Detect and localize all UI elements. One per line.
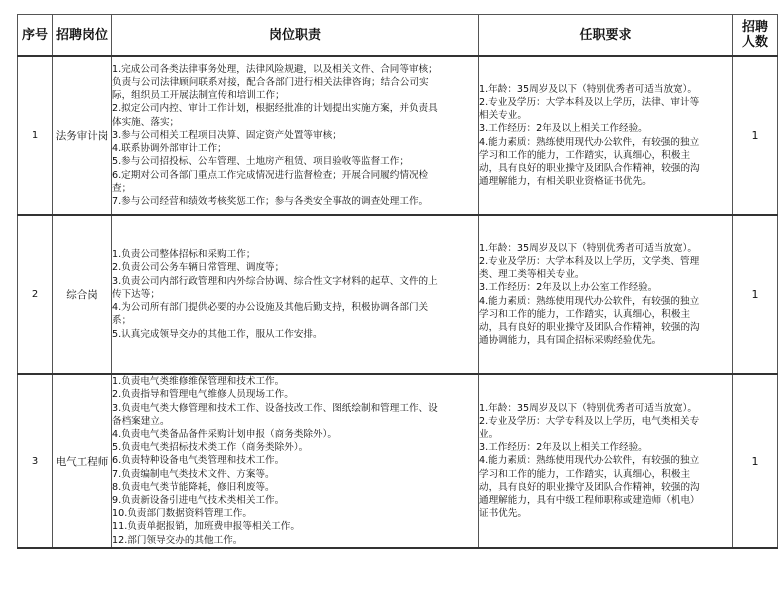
row-no: 3 [18, 374, 53, 548]
row-no: 1 [18, 56, 53, 215]
text-line: 1.年龄：35周岁及以下（特别优秀者可适当放宽）。 [479, 242, 732, 255]
text-line: 通理解能力，有相关职业资格证书优先。 [479, 175, 732, 188]
text-line: 7.参与公司经营和绩效考核奖惩工作；参与各类安全事故的调查处理工作。 [112, 195, 478, 208]
text-line: 2.专业及学历：大学本科及以上学历，法律、审计等 [479, 96, 732, 109]
table-row: 3 电气工程师 1.负责电气类维修维保管理和技术工作。2.负责指导和管理电气维修… [18, 374, 778, 548]
text-line: 学习和工作的能力，工作踏实，认真细心，积极主 [479, 149, 732, 162]
header-row: 序号 招聘岗位 岗位职责 任职要求 招聘 人数 [18, 15, 778, 57]
text-line: 6.负责特种设备电气类管理和技术工作。 [112, 454, 478, 467]
text-line: 2.负责公司公务车辆日常管理、调度等； [112, 261, 478, 274]
text-line: 传下达等； [112, 288, 478, 301]
row-requirements: 1.年龄：35周岁及以下（特别优秀者可适当放宽）。2.专业及学历：大学专科及以上… [479, 374, 733, 548]
text-line: 7.负责编制电气类技术文件、方案等。 [112, 468, 478, 481]
row-duties: 1.完成公司各类法律事务处理，法律风险规避，以及相关文件、合同等审核；负责与公司… [112, 56, 479, 215]
row-position: 综合岗 [53, 215, 112, 374]
recruitment-table: 序号 招聘岗位 岗位职责 任职要求 招聘 人数 1 法务审计岗 1.完成公司各类… [17, 14, 778, 549]
text-line: 3.负责公司内部行政管理和内外综合协调、综合性文字材料的起草、文件的上 [112, 275, 478, 288]
text-line: 1.负责公司整体招标和采购工作； [112, 248, 478, 261]
text-line: 备档案建立。 [112, 415, 478, 428]
text-line: 11.负责单据报销，加班费申报等相关工作。 [112, 520, 478, 533]
text-line: 业。 [479, 428, 732, 441]
text-line: 1.完成公司各类法律事务处理，法律风险规避，以及相关文件、合同等审核； [112, 63, 478, 76]
text-line: 际，组织员工开展法制宣传和培训工作； [112, 89, 478, 102]
text-line: 2.专业及学历：大学本科及以上学历，文学类、管理 [479, 255, 732, 268]
text-line: 1.负责电气类维修维保管理和技术工作。 [112, 375, 478, 388]
row-position: 电气工程师 [53, 374, 112, 548]
table-row: 1 法务审计岗 1.完成公司各类法律事务处理，法律风险规避，以及相关文件、合同等… [18, 56, 778, 215]
row-count: 1 [733, 56, 778, 215]
text-line: 10.负责部门数据资料管理工作。 [112, 507, 478, 520]
text-line: 3.参与公司相关工程项目决算、固定资产处置等审核； [112, 129, 478, 142]
text-line: 动，具有良好的职业操守及团队合作精神，较强的沟 [479, 162, 732, 175]
text-line: 2.专业及学历：大学专科及以上学历，电气类相关专 [479, 415, 732, 428]
text-line: 学习和工作的能力，工作踏实，认真细心，积极主 [479, 468, 732, 481]
text-line: 3.工作经历：2年及以上办公室工作经验。 [479, 281, 732, 294]
text-line: 3.负责电气类大修管理和技术工作、设备技改工作、图纸绘制和管理工作、设 [112, 402, 478, 415]
text-line: 查； [112, 182, 478, 195]
text-line: 4.为公司所有部门提供必要的办公设施及其他后勤支持，积极协调各部门关 [112, 301, 478, 314]
table-row: 2 综合岗 1.负责公司整体招标和采购工作；2.负责公司公务车辆日常管理、调度等… [18, 215, 778, 374]
text-line: 3.工作经历：2年及以上相关工作经验。 [479, 441, 732, 454]
text-line: 4.负责电气类备品备件采购计划申报（商务类除外）。 [112, 428, 478, 441]
header-count-line2: 人数 [733, 35, 777, 50]
text-line: 8.负责电气类节能降耗，修旧利废等。 [112, 481, 478, 494]
text-line: 1.年龄：35周岁及以下（特别优秀者可适当放宽）。 [479, 402, 732, 415]
row-position: 法务审计岗 [53, 56, 112, 215]
text-line: 5.参与公司招投标、公车管理、土地房产租赁、项目验收等监督工作； [112, 155, 478, 168]
text-line: 通理解能力，具有中级工程师职称或建造师（机电） [479, 494, 732, 507]
text-line: 学习和工作的能力，工作踏实，认真细心，积极主 [479, 308, 732, 321]
text-line: 1.年龄：35周岁及以下（特别优秀者可适当放宽）。 [479, 83, 732, 96]
header-no: 序号 [18, 15, 53, 57]
row-requirements: 1.年龄：35周岁及以下（特别优秀者可适当放宽）。2.专业及学历：大学本科及以上… [479, 56, 733, 215]
text-line: 证书优先。 [479, 507, 732, 520]
header-duties: 岗位职责 [112, 15, 479, 57]
header-count-line1: 招聘 [733, 20, 777, 35]
text-line: 动，具有良好的职业操守及团队合作精神，较强的沟 [479, 321, 732, 334]
text-line: 相关专业。 [479, 109, 732, 122]
row-requirements: 1.年龄：35周岁及以下（特别优秀者可适当放宽）。2.专业及学历：大学本科及以上… [479, 215, 733, 374]
row-no: 2 [18, 215, 53, 374]
text-line: 4.联系协调外部审计工作； [112, 142, 478, 155]
text-line: 2.负责指导和管理电气维修人员现场工作。 [112, 388, 478, 401]
text-line: 6.定期对公司各部门重点工作完成情况进行监督检查；开展合同履约情况检 [112, 169, 478, 182]
row-count: 1 [733, 374, 778, 548]
text-line: 2.拟定公司内控、审计工作计划，根据经批准的计划提出实施方案，并负责具 [112, 102, 478, 115]
row-duties: 1.负责电气类维修维保管理和技术工作。2.负责指导和管理电气维修人员现场工作。3… [112, 374, 479, 548]
text-line: 负责与公司法律顾问联系对接，配合各部门进行相关法律咨询；结合公司实 [112, 76, 478, 89]
text-line: 4.能力素质：熟练使用现代办公软件，有较强的独立 [479, 454, 732, 467]
text-line: 3.工作经历：2年及以上相关工作经验。 [479, 122, 732, 135]
row-count: 1 [733, 215, 778, 374]
text-line: 4.能力素质：熟练使用现代办公软件，有较强的独立 [479, 295, 732, 308]
header-count: 招聘 人数 [733, 15, 778, 57]
text-line: 动，具有良好的职业操守及团队合作精神，较强的沟 [479, 481, 732, 494]
text-line: 体实施、落实； [112, 116, 478, 129]
text-line: 12.部门领导交办的其他工作。 [112, 534, 478, 547]
text-line: 系； [112, 314, 478, 327]
text-line: 5.负责电气类招标技术类工作（商务类除外）。 [112, 441, 478, 454]
header-position: 招聘岗位 [53, 15, 112, 57]
text-line: 4.能力素质：熟练使用现代办公软件，有较强的独立 [479, 136, 732, 149]
text-line: 类、理工类等相关专业。 [479, 268, 732, 281]
text-line: 通协调能力，具有国企招标采购经验优先。 [479, 334, 732, 347]
row-duties: 1.负责公司整体招标和采购工作；2.负责公司公务车辆日常管理、调度等；3.负责公… [112, 215, 479, 374]
text-line: 9.负责新设备引进电气技术类相关工作。 [112, 494, 478, 507]
header-requirements: 任职要求 [479, 15, 733, 57]
text-line: 5.认真完成领导交办的其他工作，服从工作安排。 [112, 328, 478, 341]
